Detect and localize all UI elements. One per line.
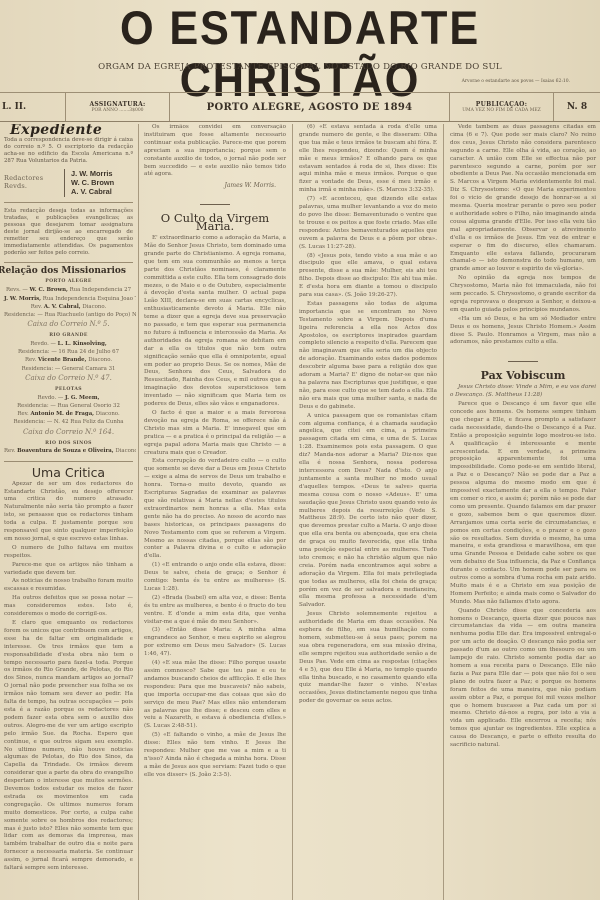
redactors-block: Redactores Revds. J. W. Morris W. C. Bro…	[4, 169, 133, 197]
critica-paragraph: Ha outros defeitos que se possa notar — …	[4, 595, 133, 619]
pax-epigraph: Jesus Christo disse: Vinde a Mim, e eu v…	[450, 384, 596, 400]
missionaries-list: PORTO ALEGRERevs. — W. C. Brown, Rua Ind…	[4, 278, 133, 455]
newspaper-title: O ESTANDARTE CHRISTÃO	[24, 2, 576, 106]
city-heading: RIO GRANDE	[4, 332, 133, 340]
column-3: (6) «E estava sentada á roda d'elle uma …	[295, 124, 441, 900]
section-rule	[508, 361, 538, 362]
redactor-name: J. W. Morris	[71, 169, 114, 178]
section-rule	[200, 204, 230, 205]
masthead: O ESTANDARTE CHRISTÃO ORGAM DA EGREJA PR…	[0, 0, 600, 92]
critica-body: Apezar de ser um dos redactores do Estan…	[4, 481, 133, 873]
column-rule	[292, 124, 293, 900]
expediente-heading: Expediente	[4, 127, 133, 135]
pax-body: Parece que o Descanço é um favor que ell…	[450, 401, 596, 750]
culto-paragraph: (4) «E sua mãe lhe disse: Filho porque u…	[144, 660, 286, 731]
culto-paragraph: (2) «Brada (Isabel) em alta voz, e disse…	[144, 595, 286, 627]
pax-paragraph: Quando Christo disse que concederia aos …	[450, 608, 596, 750]
issue-number: N. 8	[554, 93, 600, 121]
culto-paragraph: (3) «Então disse Maria: A minha alma eng…	[144, 627, 286, 659]
culto-paragraph: No opinião da egreja nos tempos de Chrys…	[450, 275, 596, 315]
expediente-intro: Toda a correspondencia deve-se dirigir á…	[4, 137, 133, 165]
missionary-line: Revdo. — J. G. Meem,	[4, 394, 133, 402]
culto-paragraph: (7) «E aconteceu, que dizendo elle estas…	[299, 196, 437, 251]
city-heading: PORTO ALEGRE	[4, 278, 133, 286]
culto-paragraph: (6) «E estava sentada á roda d'elle uma …	[299, 124, 437, 195]
column-2: Os irmãos convidei em conversação instit…	[140, 124, 290, 900]
column-rule	[138, 124, 139, 900]
missionary-line: Rev. Antonio M. de Fraga, Diacono.	[4, 410, 133, 418]
culto-paragraph: Estas passagens são todas de alguma impo…	[299, 301, 437, 412]
culto-body: E' extraordinario como a adoração da Mar…	[144, 235, 286, 780]
expediente-note: Esta redacção deseja todas as informaçõe…	[4, 208, 133, 257]
pax-paragraph: Parece que o Descanço é um favor que ell…	[450, 401, 596, 607]
publication-value: UMA VEZ NO FIM DE CADA MEZ	[462, 108, 541, 114]
culto-heading: O Culto da Virgem Maria.	[144, 215, 286, 231]
missionary-line: Rev. Vicente Brande, Diacono.	[4, 356, 133, 364]
missionary-line: Rev. A. V. Cabral, Diacono.	[4, 303, 133, 311]
column-1: Expediente Toda a correspondencia deve-s…	[0, 124, 136, 900]
missionary-line: Residencia: — N. 42 Rua Feliz da Cunha	[4, 418, 133, 426]
culto-paragraph: O facto é que a maior e a mais fervorosa…	[144, 410, 286, 457]
column-rule	[443, 124, 444, 900]
dateline: PORTO ALEGRE, AGOSTO DE 1894	[170, 93, 450, 121]
divider	[4, 262, 133, 263]
subscription-label: ASSIGNATURA:	[89, 101, 145, 108]
city-heading: RIO DOS SINOS	[4, 440, 133, 448]
column-4: Vede tambem as duas passagens citadas em…	[446, 124, 600, 900]
critica-paragraph: Parece-me que os artigos não tinham a va…	[4, 562, 133, 578]
subscription-value: POR ANNO .......3$000	[91, 108, 143, 114]
missionaries-heading: Relação dos Missionarios	[0, 268, 133, 276]
redactor-name: A. V. Cabral	[71, 187, 114, 196]
culto-paragraph: Jesus Christo solemnemente rejeitou a au…	[299, 611, 437, 706]
missionary-line: Revs. — W. C. Brown, Rua Independencia 2…	[4, 286, 133, 294]
newspaper-page: O ESTANDARTE CHRISTÃO ORGAM DA EGREJA PR…	[0, 0, 600, 900]
divider	[4, 461, 133, 462]
culto-paragraph: E' extraordinario como a adoração da Mar…	[144, 235, 286, 409]
culto-paragraph: A unica passagem que os romanistas citam…	[299, 413, 437, 611]
culto-paragraph: (5) «E faltando o vinho, a mãe de Jesus …	[144, 732, 286, 779]
missionary-line: Revdo. — L. L. Kinsolving,	[4, 340, 133, 348]
culto-conclusion: Vede tambem as duas passagens citadas em…	[450, 124, 596, 347]
newspaper-subtitle: ORGAM DA EGREJA PROTESTANTE EPISCOPAL NO…	[0, 62, 600, 72]
culto-paragraph: (1) «E entrando o anjo onde ella estava,…	[144, 562, 286, 594]
critica-continuation: Os irmãos convidei em conversação instit…	[144, 124, 286, 179]
culto-paragraph: Esta corrupção do verdadeiro culto — o c…	[144, 458, 286, 561]
redactors-label: Redactores Revds.	[4, 175, 64, 191]
critica-paragraph: E claro que emquanto os redactores forem…	[4, 620, 133, 873]
culto-continuation: (6) «E estava sentada á roda d'elle uma …	[299, 124, 437, 706]
motto: Arvorae o estandarte aos povos — Isaias …	[462, 79, 570, 84]
missionary-line: Residencia: — 16 Rua 24 de Julho 67	[4, 348, 133, 356]
missionary-line: Residencia: — Rua General Osorio 32	[4, 402, 133, 410]
publication-box: PUBLICAÇAO: UMA VEZ NO FIM DE CADA MEZ	[450, 93, 554, 121]
critica-heading: Uma Critica	[4, 469, 133, 477]
publication-label: PUBLICAÇAO:	[476, 101, 527, 108]
critica-paragraph: Apezar de ser um dos redactores do Estan…	[4, 481, 133, 544]
city-heading: PELOTAS	[4, 386, 133, 394]
missionary-line: Rev. Boaventura de Souza e Oliveira, Dia…	[4, 447, 133, 455]
culto-paragraph: Vede tambem as duas passagens citadas em…	[450, 124, 596, 274]
subscription-box: ASSIGNATURA: POR ANNO .......3$000	[66, 93, 170, 121]
critica-paragraph: As noticias de nosso trabalho foram muit…	[4, 578, 133, 594]
missionary-line: J. W. Morris, Rua Independencia Esquina …	[4, 295, 133, 303]
critica-signature: James W. Morris.	[144, 182, 276, 190]
missionary-line: Residencia: — Rua Riachuelo (antigo do P…	[4, 311, 133, 319]
info-bar: L. II. ASSIGNATURA: POR ANNO .......3$00…	[0, 92, 600, 122]
divider	[4, 202, 133, 203]
volume-label: L. II.	[0, 93, 66, 121]
missionary-line: Residencia: — General Camara 31	[4, 365, 133, 373]
postbox-line: Caixa do Correio N.º 164.	[4, 427, 133, 437]
culto-paragraph: (8) «Jesus pois, tendo visto a sua mãe e…	[299, 253, 437, 300]
culto-paragraph: «Ha um só Deus, e ha um só Mediador entr…	[450, 316, 596, 348]
redactors-list: J. W. Morris W. C. Brown A. V. Cabral	[64, 169, 114, 197]
postbox-line: Caixa do Correio N.º 47.	[4, 373, 133, 383]
critica-paragraph: O numero de Julho faltava em muitos resp…	[4, 545, 133, 561]
pax-heading: Pax Vobiscum	[450, 372, 596, 380]
postbox-line: Caixa do Correio N.º 5.	[4, 319, 133, 329]
redactor-name: W. C. Brown	[71, 178, 114, 187]
